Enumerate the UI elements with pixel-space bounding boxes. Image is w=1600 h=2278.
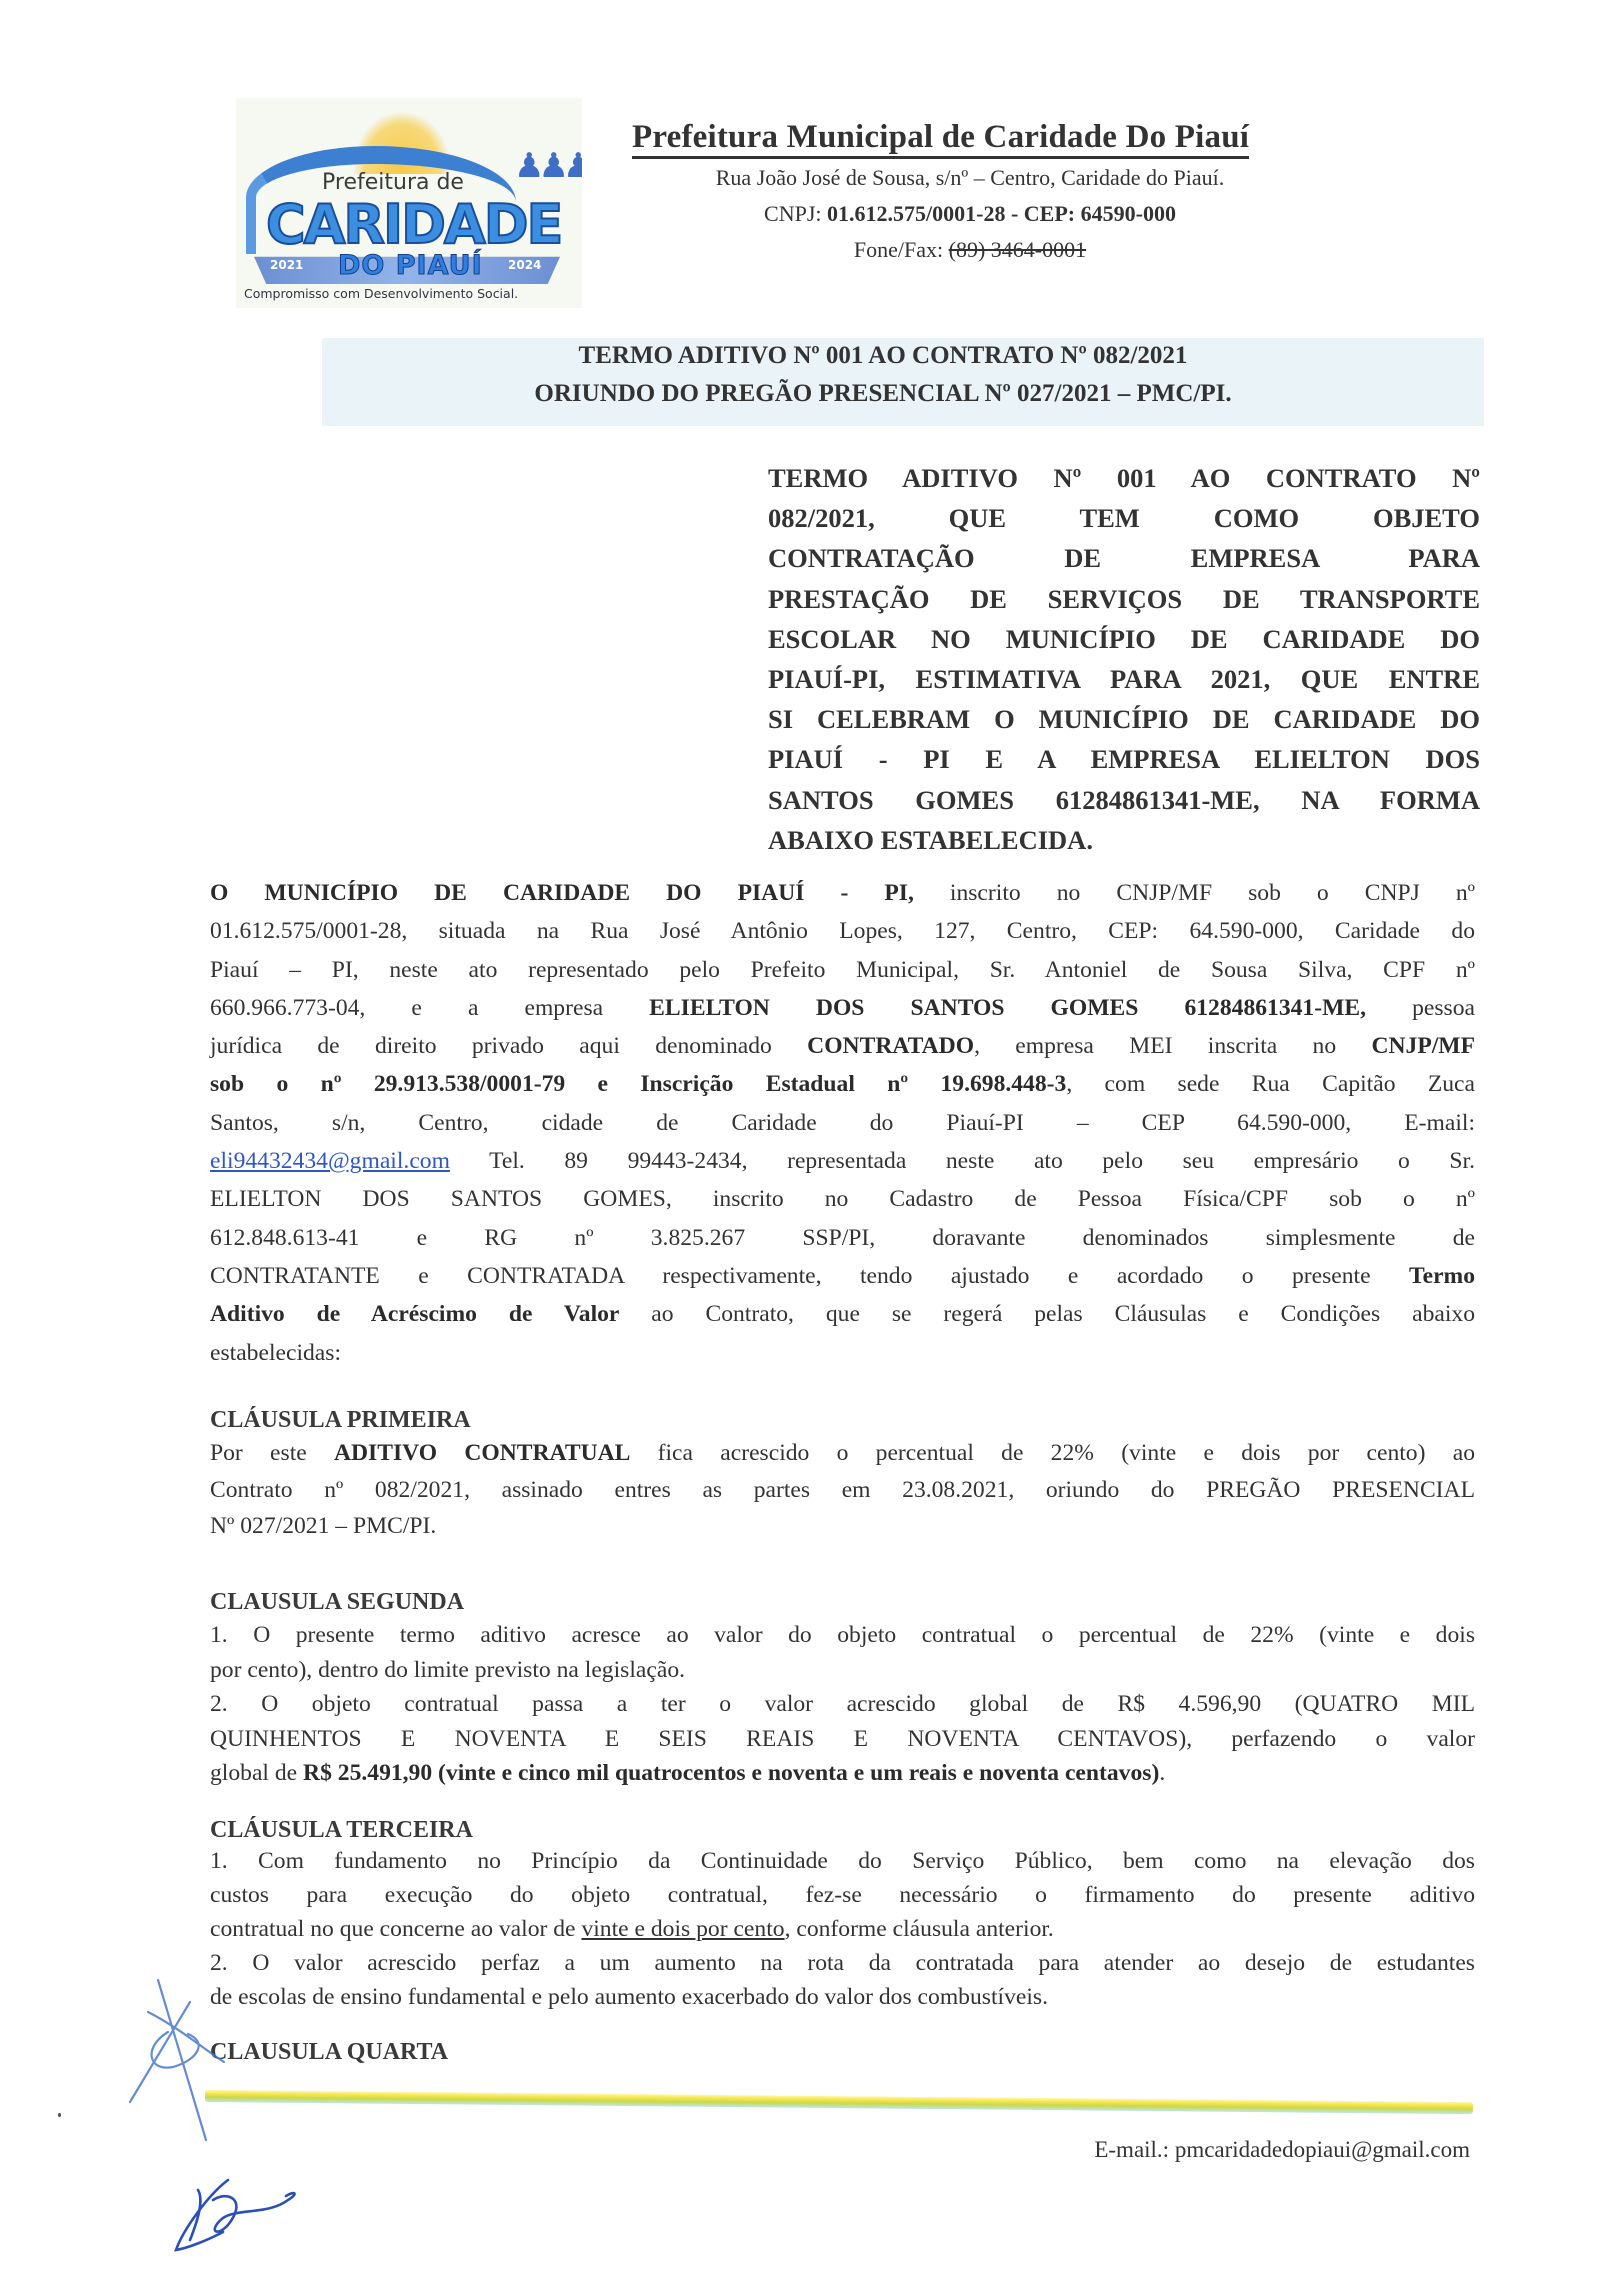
company-name: ELIELTON DOS SANTOS GOMES 61284861341-ME… [649,995,1366,1021]
text-fragment: . [1159,1760,1165,1786]
logo-year-start: 2021 [270,258,303,272]
paragraph-line: de escolas de ensino fundamental e pelo … [210,1980,1475,2014]
logo-year-end: 2024 [508,258,541,272]
phone-value-struck: (89) 3464-0001 [949,237,1086,262]
text-fragment: 660.966.773-04, e a empresa [210,995,649,1021]
paragraph-line: Santos, s/n, Centro, cidade de Caridade … [210,1104,1475,1142]
footer-email: E-mail.: pmcaridadedopiaui@gmail.com [1000,2136,1470,2164]
summary-line: CONTRATAÇÃO DE EMPRESA PARA [768,538,1480,578]
municipality-logo: ♟♟♟ Prefeitura de CARIDADE 2021 DO PIAUÍ… [236,98,582,308]
people-icon: ♟♟♟ [514,150,582,184]
logo-name: CARIDADE [266,198,561,252]
summary-line: ABAIXO ESTABELECIDA. [768,820,1480,860]
summary-line: 082/2021, QUE TEM COMO OBJETO [768,498,1480,538]
footer-stripe [205,2090,1473,2114]
clause-3-heading: CLÁUSULA TERCEIRA [210,1815,473,1845]
cnpj-value: 01.612.575/0001-28 - CEP: 64590-000 [827,201,1176,226]
clause-1-heading: CLÁUSULA PRIMEIRA [210,1405,471,1435]
underlined-text: vinte e dois por cento [581,1916,784,1942]
paragraph-line: eli94432434@gmail.com Tel. 89 99443-2434… [210,1142,1475,1180]
paragraph-line: estabelecidas: [210,1334,1475,1372]
signature-icon [168,2170,368,2260]
logo-top-text: Prefeitura de [322,170,464,195]
paragraph-line: jurídica de direito privado aqui denomin… [210,1027,1475,1065]
signature-initials-icon [128,1972,238,2142]
paragraph-line: 1. Com fundamento no Princípio da Contin… [210,1844,1475,1878]
paragraph-line: por cento), dentro do limite previsto na… [210,1653,1475,1688]
text-fragment: , empresa MEI inscrita no [974,1033,1371,1059]
paragraph-line: Por este ADITIVO CONTRATUAL fica acresci… [210,1435,1475,1472]
paragraph-line: ELIELTON DOS SANTOS GOMES, inscrito no C… [210,1180,1475,1218]
bold-term: Termo [1409,1263,1475,1289]
phone-label: Fone/Fax: [854,237,949,262]
text-fragment: Por este [210,1440,334,1466]
bold-term: CNJP/MF [1371,1033,1475,1059]
paragraph-line: 2. O valor acrescido perfaz a um aumento… [210,1946,1475,1980]
summary-line: PIAUÍ - PI E A EMPRESA ELIELTON DOS [768,739,1480,779]
municipality-name: O MUNICÍPIO DE CARIDADE DO PIAUÍ - PI, [210,880,914,906]
letterhead-phone: Fone/Fax: (89) 3464-0001 [580,237,1360,263]
clause-2-heading: CLAUSULA SEGUNDA [210,1587,464,1617]
bold-term: CONTRATADO [807,1033,974,1059]
text-fragment: contratual no que concerne ao valor de [210,1916,581,1942]
paragraph-line: QUINHENTOS E NOVENTA E SEIS REAIS E NOVE… [210,1722,1475,1757]
clause-2-body: 1. O presente termo aditivo acresce ao v… [210,1618,1475,1791]
paragraph-line: CONTRATANTE e CONTRATADA respectivamente… [210,1257,1475,1295]
paragraph-line: contratual no que concerne ao valor de v… [210,1912,1475,1946]
paragraph-line: 612.848.613-41 e RG nº 3.825.267 SSP/PI,… [210,1219,1475,1257]
document-title-line-1: TERMO ADITIVO Nº 001 AO CONTRATO Nº 082/… [322,341,1484,371]
text-fragment: fica acrescido o percentual de 22% (vint… [630,1440,1475,1466]
letterhead-cnpj: CNPJ: 01.612.575/0001-28 - CEP: 64590-00… [580,201,1360,227]
contract-summary: TERMO ADITIVO Nº 001 AO CONTRATO Nº 082/… [768,458,1480,860]
summary-line: TERMO ADITIVO Nº 001 AO CONTRATO Nº [768,458,1480,498]
bold-term: ADITIVO CONTRATUAL [334,1440,630,1466]
text-fragment: ao Contrato, que se regerá pelas Cláusul… [619,1301,1475,1327]
logo-subname: DO PIAUÍ [338,250,483,281]
paragraph-line: sob o nº 29.913.538/0001-79 e Inscrição … [210,1065,1475,1103]
paragraph-line: Nº 027/2021 – PMC/PI. [210,1508,1475,1545]
clause-3-body: 1. Com fundamento no Princípio da Contin… [210,1844,1475,2014]
clause-4-heading: CLAUSULA QUARTA [210,2037,448,2067]
company-registration: sob o nº 29.913.538/0001-79 e Inscrição … [210,1071,1066,1097]
letterhead-title: Prefeitura Municipal de Caridade Do Piau… [632,118,1249,159]
text-fragment: , com sede Rua Capitão Zuca [1066,1071,1475,1097]
company-email-link[interactable]: eli94432434@gmail.com [210,1148,450,1174]
paragraph-line: Piauí – PI, neste ato representado pelo … [210,951,1475,989]
paragraph-line: Aditivo de Acréscimo de Valor ao Contrat… [210,1295,1475,1333]
summary-line: PRESTAÇÃO DE SERVIÇOS DE TRANSPORTE [768,579,1480,619]
paragraph-line: 1. O presente termo aditivo acresce ao v… [210,1618,1475,1653]
text-fragment: Tel. 89 99443-2434, representada neste a… [450,1148,1475,1174]
summary-line: ESCOLAR NO MUNICÍPIO DE CARIDADE DO [768,619,1480,659]
clause-1-body: Por este ADITIVO CONTRATUAL fica acresci… [210,1435,1475,1545]
total-value: R$ 25.491,90 (vinte e cinco mil quatroce… [303,1760,1159,1786]
paragraph-line: custos para execução do objeto contratua… [210,1878,1475,1912]
text-fragment: global de [210,1760,303,1786]
summary-line: SI CELEBRAM O MUNICÍPIO DE CARIDADE DO [768,699,1480,739]
text-fragment: pessoa [1366,995,1475,1021]
logo-slogan: Compromisso com Desenvolvimento Social. [244,286,518,301]
paragraph-line: 2. O objeto contratual passa a ter o val… [210,1687,1475,1722]
paragraph-line: Contrato nº 082/2021, assinado entres as… [210,1472,1475,1509]
cnpj-label: CNPJ: [764,201,827,226]
text-fragment: jurídica de direito privado aqui denomin… [210,1033,807,1059]
bold-term: Aditivo de Acréscimo de Valor [210,1301,619,1327]
text-fragment: , conforme cláusula anterior. [785,1916,1054,1942]
text-fragment: inscrito no CNJP/MF sob o CNPJ nº [914,880,1475,906]
paragraph-line: O MUNICÍPIO DE CARIDADE DO PIAUÍ - PI, i… [210,874,1475,912]
document-title-line-2: ORIUNDO DO PREGÃO PRESENCIAL Nº 027/2021… [322,379,1484,409]
summary-line: PIAUÍ-PI, ESTIMATIVA PARA 2021, QUE ENTR… [768,659,1480,699]
parties-paragraph: O MUNICÍPIO DE CARIDADE DO PIAUÍ - PI, i… [210,874,1475,1372]
letterhead-address: Rua João José de Sousa, s/nº – Centro, C… [580,165,1360,191]
scan-speck [58,2113,61,2117]
summary-line: SANTOS GOMES 61284861341-ME, NA FORMA [768,780,1480,820]
text-fragment: CONTRATANTE e CONTRATADA respectivamente… [210,1263,1409,1289]
paragraph-line: 660.966.773-04, e a empresa ELIELTON DOS… [210,989,1475,1027]
paragraph-line: global de R$ 25.491,90 (vinte e cinco mi… [210,1756,1475,1791]
paragraph-line: 01.612.575/0001-28, situada na Rua José … [210,912,1475,950]
